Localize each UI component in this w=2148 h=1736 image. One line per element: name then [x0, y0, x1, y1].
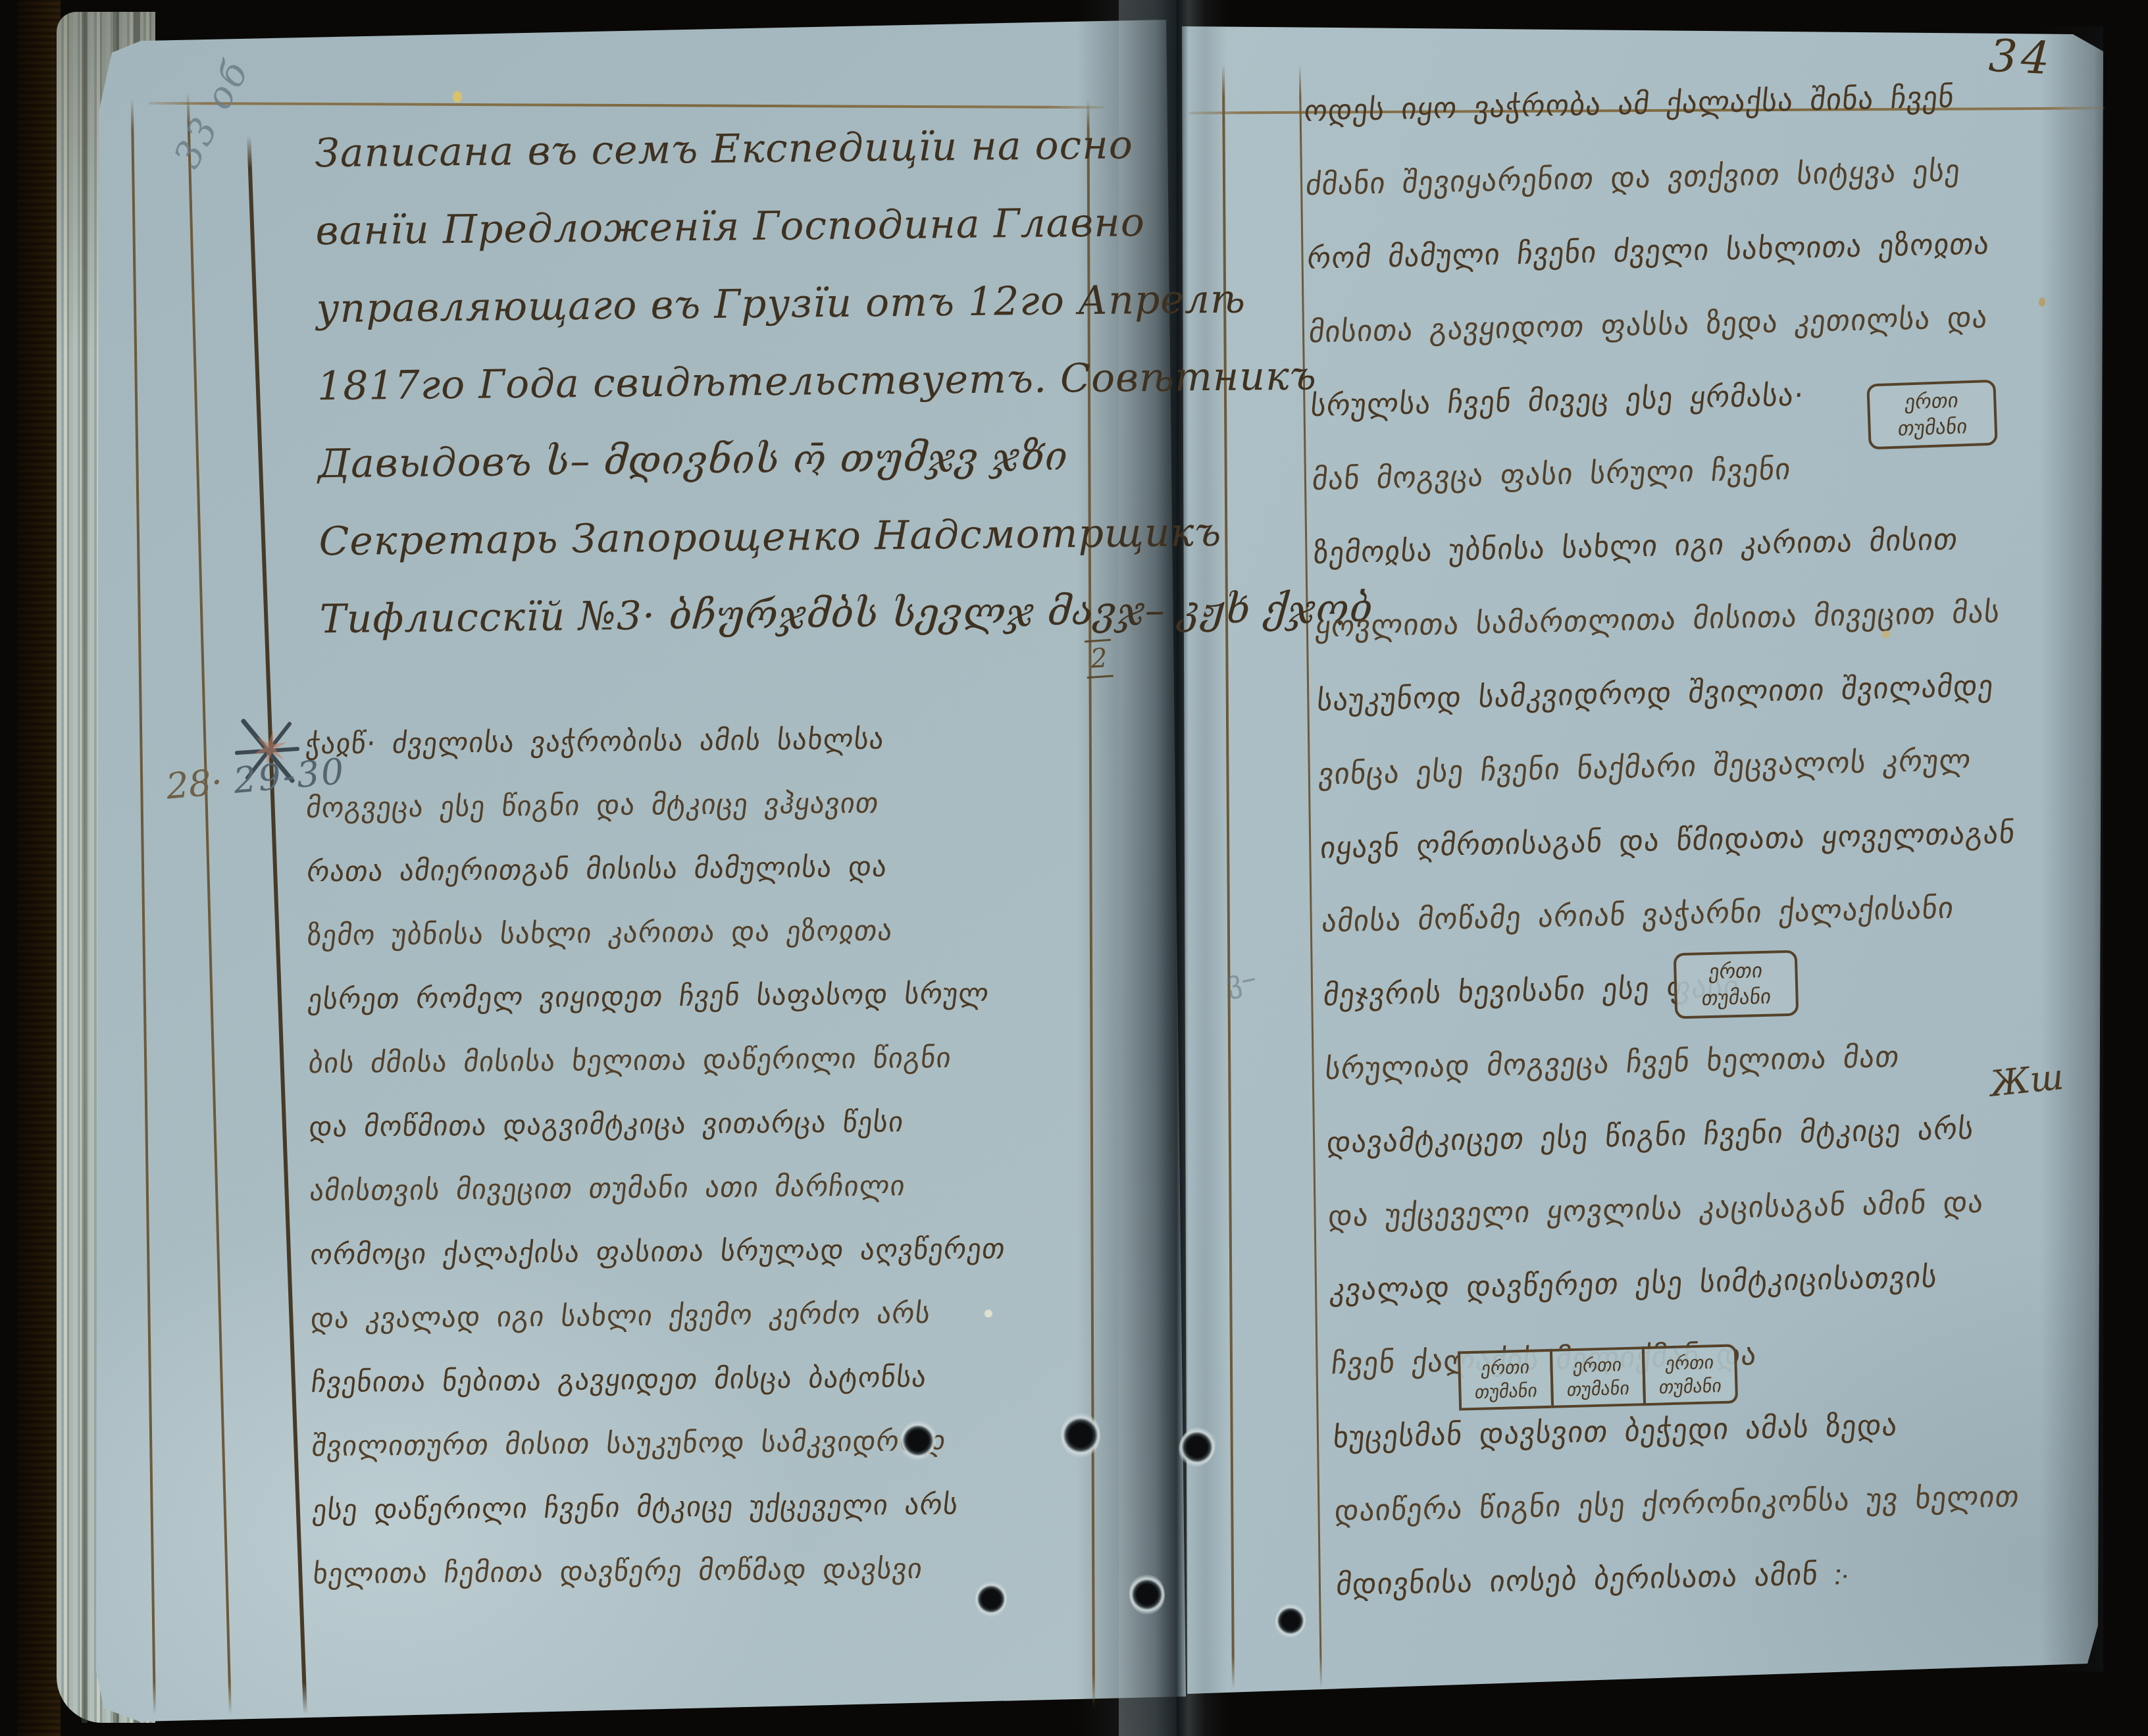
stamp-line: თუმანი [1649, 1374, 1731, 1400]
fee-stamp-row: ერთი თუმანი ერთი თუმანი ერთი თუმანი [1458, 1344, 1738, 1410]
manuscript-photo: 33 об 34 Записана въ семъ Експедицїи на … [0, 0, 2148, 1736]
manuscript-line: Давыдовъ ს– მდივნის ო̄ თუმჯვ ჯზი [318, 417, 1105, 503]
margin-note-ink: 28· [165, 761, 224, 807]
manuscript-line: управляющаго въ Грузїи отъ 12го Апрелѣ [316, 262, 1103, 348]
manuscript-line: ბის ძმისა მისისა ხელითა დაწერილი წიგნი [305, 1025, 1102, 1096]
stamp-line: თუმანი [1465, 1379, 1547, 1404]
stamp-line: ერთი [1556, 1352, 1638, 1378]
manuscript-line: ესე დაწერილი ჩვენი მტკიცე უქცეველი არს [309, 1472, 1106, 1543]
marginal-initials-mark: Жш [1988, 1056, 2066, 1104]
manuscript-line: მოგვეცა ესე წიგნი და მტკიცე ვჰყავით [303, 770, 1100, 841]
stamp-line: თუმანი [1876, 413, 1989, 443]
manuscript-line: შვილითურთ მისით საუკუნოდ სამკვიდროდ [308, 1408, 1105, 1479]
manuscript-line: ორმოცი ქალაქისა ფასითა სრულად აღვწერეთ [307, 1217, 1104, 1288]
manuscript-line: ამისთვის მივეცით თუმანი ათი მარჩილი [306, 1153, 1103, 1224]
manuscript-line: და კვალად იგი სახლი ქვემო კერძო არს [307, 1281, 1104, 1352]
manuscript-line: რათა ამიერითგან მისისა მამულისა და [303, 834, 1100, 905]
stamp-line: ერთი [1465, 1355, 1547, 1381]
russian-certification-entry: Записана въ семъ Експедицїи на основанїи… [315, 107, 1107, 658]
manuscript-line: 1817го Года свидѣтельствуетъ. Совѣтникъ [317, 340, 1104, 426]
stamp-line: ერთი [1681, 957, 1790, 986]
stamp-line: ერთი [1649, 1350, 1730, 1376]
manuscript-line: ჭაჲწ· ძველისა ვაჭრობისა ამის სახლსა [302, 706, 1099, 777]
manuscript-line: ზემო უბნისა სახლი კარითა და ეზოჲთა [304, 898, 1101, 969]
manuscript-line: Записана въ семъ Експедицїи на осно [315, 107, 1102, 193]
page-edge-streak [82, 12, 88, 1723]
fee-stamp-box: ერთი თუმანი [1674, 950, 1799, 1019]
manuscript-line: Тифлисскїй №3· ბჩურჯმბს სევლჯ მავჯ– კჟხ … [319, 573, 1106, 659]
manuscript-line: ესრეთ რომელ ვიყიდეთ ჩვენ საფასოდ სრულ [304, 961, 1101, 1033]
paper-stain [984, 1310, 992, 1317]
georgian-deed-text-left: ჭაჲწ· ძველისა ვაჭრობისა ამის სახლსამოგვე… [305, 706, 1103, 1606]
fee-stamp-box: ერთი თუმანი [1866, 380, 1997, 450]
stamp-line: ერთი [1875, 386, 1988, 417]
book-binding-cloth [17, 0, 61, 1736]
manuscript-line: Секретарь Запорощенко Надсмотрщикъ [319, 495, 1106, 581]
manuscript-line: ჩვენითა ნებითა გავყიდეთ მისცა ბატონსა [307, 1344, 1104, 1416]
paper-stain [1882, 630, 1890, 638]
fee-stamp-box: ერთი თუმანი [1642, 1344, 1738, 1406]
paper-stain [453, 91, 462, 103]
manuscript-line: და მოწმითა დაგვიმტკიცა ვითარცა წესი [305, 1089, 1102, 1160]
stamp-line: თუმანი [1682, 983, 1791, 1012]
stamp-line: თუმანი [1557, 1376, 1639, 1402]
paper-stain [2039, 297, 2045, 307]
margin-numeral-mark: 2 [1085, 639, 1113, 679]
fee-stamp-box: ერთი თუმანი [1458, 1349, 1554, 1411]
manuscript-line: ванїи Предложенїя Господина Главно [315, 184, 1102, 270]
fee-stamp-box: ერთი თუმანი [1550, 1346, 1646, 1408]
